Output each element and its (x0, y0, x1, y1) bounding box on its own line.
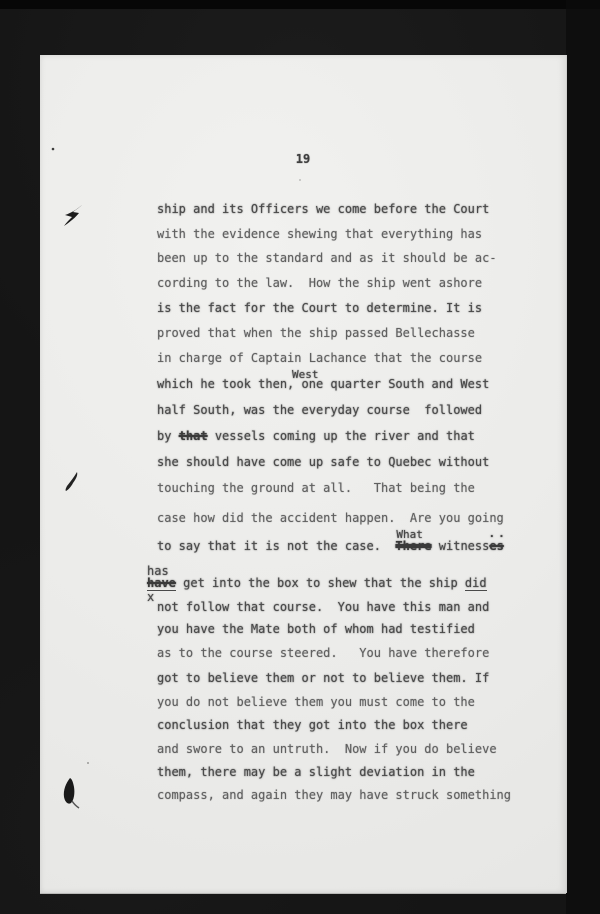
typed-line-with-strike: by that vessels coming up the river and … (157, 430, 475, 443)
scan-background: 19 ship and its Officers we come before … (0, 0, 600, 914)
correction-x-mark: x (147, 591, 154, 604)
typed-line: with the evidence shewing that everythin… (157, 228, 482, 241)
typed-line: as to the course steered. You have there… (157, 647, 489, 660)
typed-line: not follow that course. You have this ma… (157, 601, 489, 614)
typed-line: proved that when the ship passed Bellech… (157, 327, 475, 340)
typed-line: ship and its Officers we come before the… (157, 203, 489, 216)
correction: ··es (489, 540, 503, 553)
typed-line: touching the ground at all. That being t… (157, 482, 475, 495)
typed-line: you do not believe them you must come to… (157, 696, 475, 709)
typed-line: been up to the standard and as it should… (157, 252, 497, 265)
typed-line: got to believe them or not to believe th… (157, 672, 489, 685)
page-number: 19 (40, 152, 566, 166)
typed-line: case how did the accident happen. Are yo… (157, 512, 504, 525)
scanner-top-band (0, 0, 600, 9)
typed-text: to say that it is not the case. (157, 539, 395, 553)
typed-line-with-correction: have get into the box to shew that the s… (147, 577, 487, 590)
typed-text: by (157, 429, 179, 443)
typed-text: get into the box to shew that the ship (176, 576, 465, 590)
typed-line: half South, was the everyday course foll… (157, 404, 482, 417)
typed-line: she should have come up safe to Quebec w… (157, 456, 489, 469)
typed-line: conclusion that they got into the box th… (157, 719, 468, 732)
struck-word: that (179, 429, 208, 443)
typed-line: compass, and again they may have struck … (157, 789, 511, 802)
typed-text: witness (432, 539, 490, 553)
typed-text: vessels coming up the river and that (208, 429, 475, 443)
underlined-word: did (465, 576, 487, 591)
correction-dots: ·· (489, 530, 508, 543)
typed-line: you have the Mate both of whom had testi… (157, 623, 475, 636)
struck-word: There (395, 539, 431, 553)
typed-text: which he took then, one quarter South an… (157, 377, 489, 391)
typed-line: cording to the law. How the ship went as… (157, 277, 482, 290)
typed-line: them, there may be a slight deviation in… (157, 766, 475, 779)
correction: WhatThere (395, 540, 431, 553)
scanner-shadow (566, 0, 600, 914)
typed-line: is the fact for the Court to determine. … (157, 302, 482, 315)
struck-word: have (147, 576, 176, 591)
typed-line-with-insertion: which he took then, one quarter South an… (157, 378, 489, 391)
typed-line: in charge of Captain Lachance that the c… (157, 352, 482, 365)
typed-line-with-correction: to say that it is not the case. WhatTher… (157, 540, 504, 553)
typed-line: and swore to an untruth. Now if you do b… (157, 743, 497, 756)
inserted-word: What (396, 528, 423, 541)
inserted-word: West (292, 368, 319, 381)
